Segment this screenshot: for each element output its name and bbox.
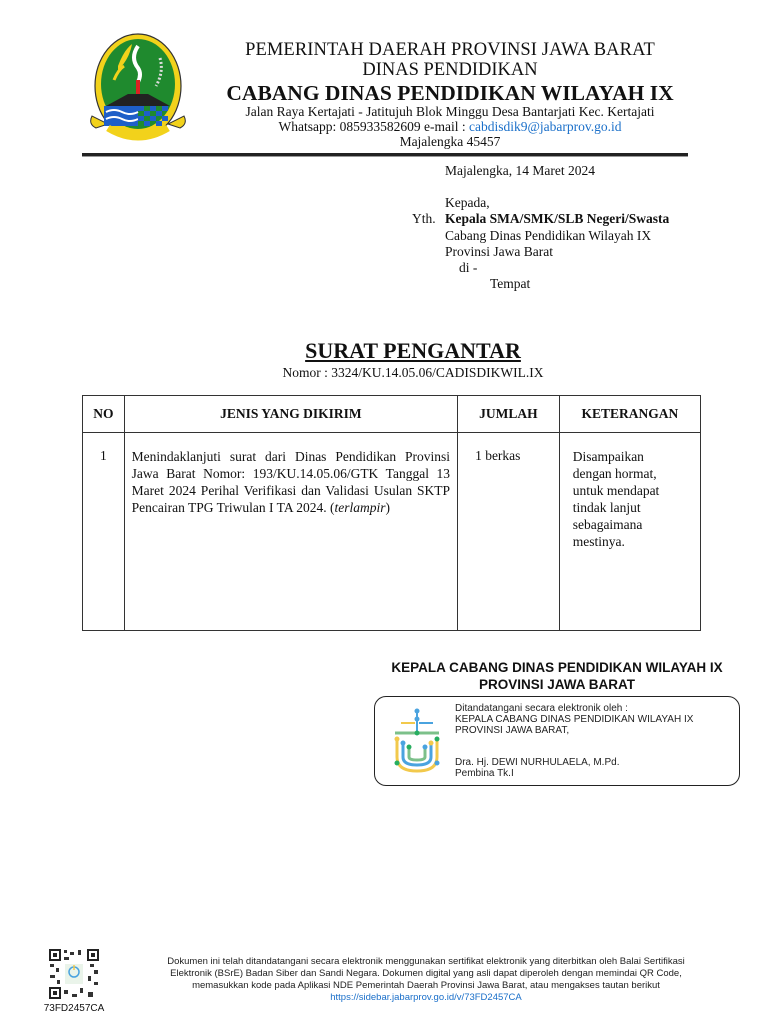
cell-jumlah: 1 berkas xyxy=(458,433,560,631)
letterhead-branch: CABANG DINAS PENDIDIKAN WILAYAH IX xyxy=(200,81,700,106)
recipient-kepada: Kepada, xyxy=(445,195,490,211)
letterhead-contact: Whatsapp: 085933582609 e-mail : cabdisdi… xyxy=(200,119,700,135)
page-title: SURAT PENGANTAR xyxy=(0,338,768,364)
signer-name: Dra. Hj. DEWI NURHULAELA, M.Pd. xyxy=(455,757,619,768)
letterhead-divider xyxy=(82,153,688,157)
header-no: NO xyxy=(83,396,125,433)
verification-link[interactable]: https://sidebar.jabarprov.go.id/v/73FD24… xyxy=(120,992,732,1004)
footer-line: memasukkan kode pada Aplikasi NDE Pemeri… xyxy=(120,980,732,992)
jenis-text: Menindaklanjuti surat dari Dinas Pendidi… xyxy=(132,449,450,515)
recipient-line3: Provinsi Jawa Barat xyxy=(445,244,553,260)
signer-position-1: KEPALA CABANG DINAS PENDIDIKAN WILAYAH I… xyxy=(455,714,693,725)
keterangan-line: dengan hormat, xyxy=(573,465,693,482)
recipient-di: di - xyxy=(459,260,477,276)
recipient-name: Kepala SMA/SMK/SLB Negeri/Swasta xyxy=(445,211,669,227)
letterhead-government: PEMERINTAH DAERAH PROVINSI JAWA BARAT xyxy=(200,40,700,61)
recipient-yth: Yth. xyxy=(412,211,436,227)
letterhead-address: Jalan Raya Kertajati - Jatitujuh Blok Mi… xyxy=(200,104,700,120)
footer-line: Elektronik (BSrE) Badan Siber dan Sandi … xyxy=(120,968,732,980)
header-jumlah: JUMLAH xyxy=(458,396,560,433)
row-number: 1 xyxy=(84,434,123,464)
keterangan-line: tindak lanjut xyxy=(573,499,693,516)
signature-title-2: PROVINSI JAWA BARAT xyxy=(360,677,754,692)
recipient-tempat: Tempat xyxy=(490,276,530,292)
email-link[interactable]: cabdisdik9@jabarprov.go.id xyxy=(469,119,622,134)
jumlah-value: 1 berkas xyxy=(459,434,558,464)
cell-jenis: Menindaklanjuti surat dari Dinas Pendidi… xyxy=(124,433,457,631)
keterangan-text: Disampaikan dengan hormat, untuk mendapa… xyxy=(561,434,699,550)
letterhead-department: DINAS PENDIDIKAN xyxy=(200,60,700,81)
cell-no: 1 xyxy=(83,433,125,631)
signer-position-2: PROVINSI JAWA BARAT, xyxy=(455,725,569,736)
table-row: 1 Menindaklanjuti surat dari Dinas Pendi… xyxy=(83,433,701,631)
contact-text: Whatsapp: 085933582609 e-mail : xyxy=(279,119,469,134)
header-keterangan: KETERANGAN xyxy=(559,396,700,433)
recipient-line2: Cabang Dinas Pendidikan Wilayah IX xyxy=(445,228,651,244)
keterangan-line: mestinya. xyxy=(573,533,693,550)
header-jenis: JENIS YANG DIKIRIM xyxy=(124,396,457,433)
qr-code-icon[interactable] xyxy=(48,948,100,1000)
date-line: Majalengka, 14 Maret 2024 xyxy=(445,163,595,179)
letterhead-city: Majalengka 45457 xyxy=(200,134,700,150)
bsre-signature-logo-icon xyxy=(385,705,449,777)
jenis-text-end: ) xyxy=(385,500,390,515)
keterangan-line: Disampaikan xyxy=(573,448,693,465)
shipment-table: NO JENIS YANG DIKIRIM JUMLAH KETERANGAN … xyxy=(82,395,701,631)
electronic-signature-box: Ditandatangani secara elektronik oleh : … xyxy=(374,696,740,786)
letter-number: Nomor : 3324/KU.14.05.06/CADISDIKWIL.IX xyxy=(0,365,768,381)
signature-title-1: KEPALA CABANG DINAS PENDIDIKAN WILAYAH I… xyxy=(360,660,754,675)
cell-keterangan: Disampaikan dengan hormat, untuk mendapa… xyxy=(559,433,700,631)
qr-code-label: 73FD2457CA xyxy=(40,1003,108,1014)
keterangan-line: sebagaimana xyxy=(573,516,693,533)
table-header-row: NO JENIS YANG DIKIRIM JUMLAH KETERANGAN xyxy=(83,396,701,433)
signed-by-label: Ditandatangani secara elektronik oleh : xyxy=(455,703,628,714)
jenis-attachment-note: terlampir xyxy=(334,500,385,515)
jawa-barat-emblem-icon xyxy=(88,28,188,146)
footer-disclaimer: Dokumen ini telah ditandatangani secara … xyxy=(120,956,732,1004)
signer-rank: Pembina Tk.I xyxy=(455,768,514,779)
keterangan-line: untuk mendapat xyxy=(573,482,693,499)
jenis-description: Menindaklanjuti surat dari Dinas Pendidi… xyxy=(126,434,456,516)
footer-line: Dokumen ini telah ditandatangani secara … xyxy=(120,956,732,968)
